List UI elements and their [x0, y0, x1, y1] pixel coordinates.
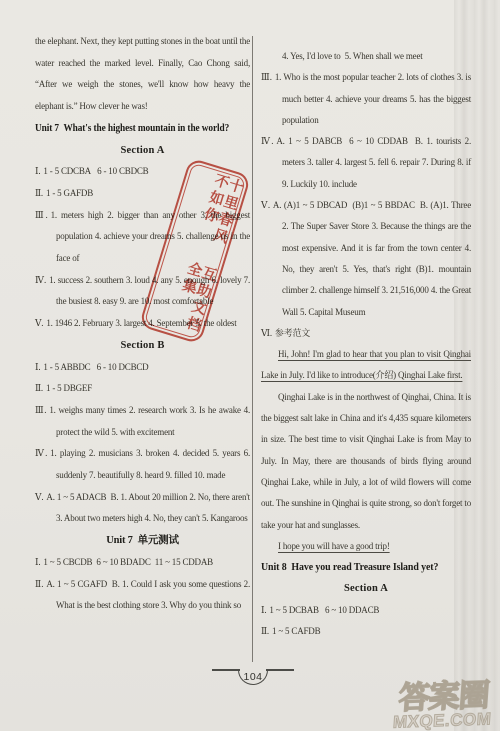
answer-text: 1 - 5 ABBDC 6 - 10 DCBCD — [43, 362, 148, 372]
answer-item: Ⅱ.1 - 5 DBGEF — [35, 378, 250, 400]
section-a-heading: Section A — [261, 578, 471, 599]
answer-text: A. (A)1 ~ 5 DBCAD (B)1 ~ 5 BBDAC B. (A)1… — [273, 200, 471, 316]
footer-rule-left — [212, 669, 240, 671]
answer-label: Ⅰ. — [35, 362, 40, 372]
right-column: 4. Yes, I'd love to 5. When shall we mee… — [261, 46, 471, 642]
answer-label: Ⅳ. — [261, 136, 273, 146]
unit7-heading: Unit 7 What's the highest mountain in th… — [35, 118, 235, 140]
intro-paragraph: the elephant. Next, they kept putting st… — [35, 31, 250, 118]
answer-item: Ⅱ.1 ~ 5 CAFDB — [261, 621, 471, 642]
answer-text: A. 1 ~ 5 ADACB B. 1. About 20 million 2.… — [46, 492, 250, 524]
watermark-site-url: MXQE.COM — [392, 710, 492, 730]
answer-label: Ⅲ. — [35, 405, 46, 415]
answer-text: 参考范文 — [275, 328, 310, 338]
answer-text: 1 - 5 GAFDB — [46, 188, 93, 198]
answer-text: 1. playing 2. musicians 3. broken 4. dec… — [50, 448, 250, 480]
answer-item: Ⅰ.1 ~ 5 CBCDB 6 ~ 10 BDADC 11 ~ 15 CDDAB — [35, 552, 250, 574]
answer-text: 1. weighs many times 2. research work 3.… — [49, 405, 250, 437]
answer-label: Ⅱ. — [35, 383, 43, 393]
section-a-heading: Section A — [35, 140, 250, 162]
answer-text: 1. Who is the most popular teacher 2. lo… — [275, 72, 471, 125]
unit8-heading: Unit 8 Have you read Treasure Island yet… — [261, 557, 450, 578]
essay-paragraph-1: Hi, John! I'm glad to hear that you plan… — [261, 344, 471, 387]
page-number: 104 — [243, 671, 262, 683]
answer-label: Ⅱ. — [261, 626, 269, 636]
answer-label: Ⅳ. — [35, 275, 46, 285]
answer-text: A. 1 ~ 5 DABCB 6 ~ 10 CDDAB B. 1. touris… — [276, 136, 471, 189]
answer-item: Ⅴ.A. (A)1 ~ 5 DBCAD (B)1 ~ 5 BBDAC B. (A… — [261, 195, 471, 323]
answer-item: Ⅲ.1. Who is the most popular teacher 2. … — [261, 67, 471, 131]
section-b-heading: Section B — [35, 335, 250, 357]
answer-label: Ⅲ. — [261, 72, 272, 82]
unit7-test-heading: Unit 7 单元测试 — [35, 530, 250, 552]
essay-paragraph-3: I hope you will have a good trip! — [261, 536, 471, 557]
answer-item: Ⅱ.A. 1 ~ 5 CGAFD B. 1. Could I ask you s… — [35, 574, 250, 617]
answer-label: Ⅱ. — [35, 188, 43, 198]
answer-label: Ⅵ. — [261, 328, 272, 338]
answer-label: Ⅰ. — [35, 166, 40, 176]
scanned-answer-page: the elephant. Next, they kept putting st… — [0, 0, 500, 731]
answer-text: 1 ~ 5 CBCDB 6 ~ 10 BDADC 11 ~ 15 CDDAB — [43, 557, 213, 567]
answer-item: Ⅵ.参考范文 — [261, 323, 471, 344]
page-number-notch: 104 — [238, 670, 268, 685]
answer-text: 1 - 5 CDCBA 6 - 10 CBDCB — [43, 166, 148, 176]
answer-text: A. 1 ~ 5 CGAFD B. 1. Could I ask you som… — [46, 579, 250, 611]
answer-item: Ⅴ.A. 1 ~ 5 ADACB B. 1. About 20 million … — [35, 487, 250, 530]
answer-text: 1 - 5 DBGEF — [46, 383, 92, 393]
watermark-logo: 答案圈 — [393, 680, 493, 714]
answer-text: 1 ~ 5 DCBAB 6 ~ 10 DDACB — [269, 605, 379, 615]
answer-label: Ⅴ. — [35, 492, 43, 502]
answer-item: Ⅳ.1. playing 2. musicians 3. broken 4. d… — [35, 443, 250, 486]
answer-label: Ⅳ. — [35, 448, 47, 458]
essay-paragraph-2: Qinghai Lake is in the northwest of Qing… — [261, 387, 471, 536]
answer-continuation: 4. Yes, I'd love to 5. When shall we mee… — [261, 46, 471, 67]
answer-text: 1 ~ 5 CAFDB — [272, 626, 320, 636]
answer-item: Ⅲ.1. weighs many times 2. research work … — [35, 400, 250, 443]
answer-label: Ⅰ. — [261, 605, 266, 615]
answer-item: Ⅰ.1 - 5 ABBDC 6 - 10 DCBCD — [35, 357, 250, 379]
answer-label: Ⅲ. — [35, 210, 48, 220]
answer-label: Ⅱ. — [35, 579, 43, 589]
answer-item: Ⅳ.A. 1 ~ 5 DABCB 6 ~ 10 CDDAB B. 1. tour… — [261, 131, 471, 195]
watermark: 答案圈 MXQE.COM — [392, 680, 494, 731]
answer-label: Ⅰ. — [35, 557, 40, 567]
answer-label: Ⅴ. — [261, 200, 270, 210]
footer-rule-right — [266, 669, 294, 671]
answer-item: Ⅰ.1 ~ 5 DCBAB 6 ~ 10 DDACB — [261, 600, 471, 621]
column-divider — [252, 36, 253, 662]
answer-label: Ⅴ. — [35, 318, 43, 328]
